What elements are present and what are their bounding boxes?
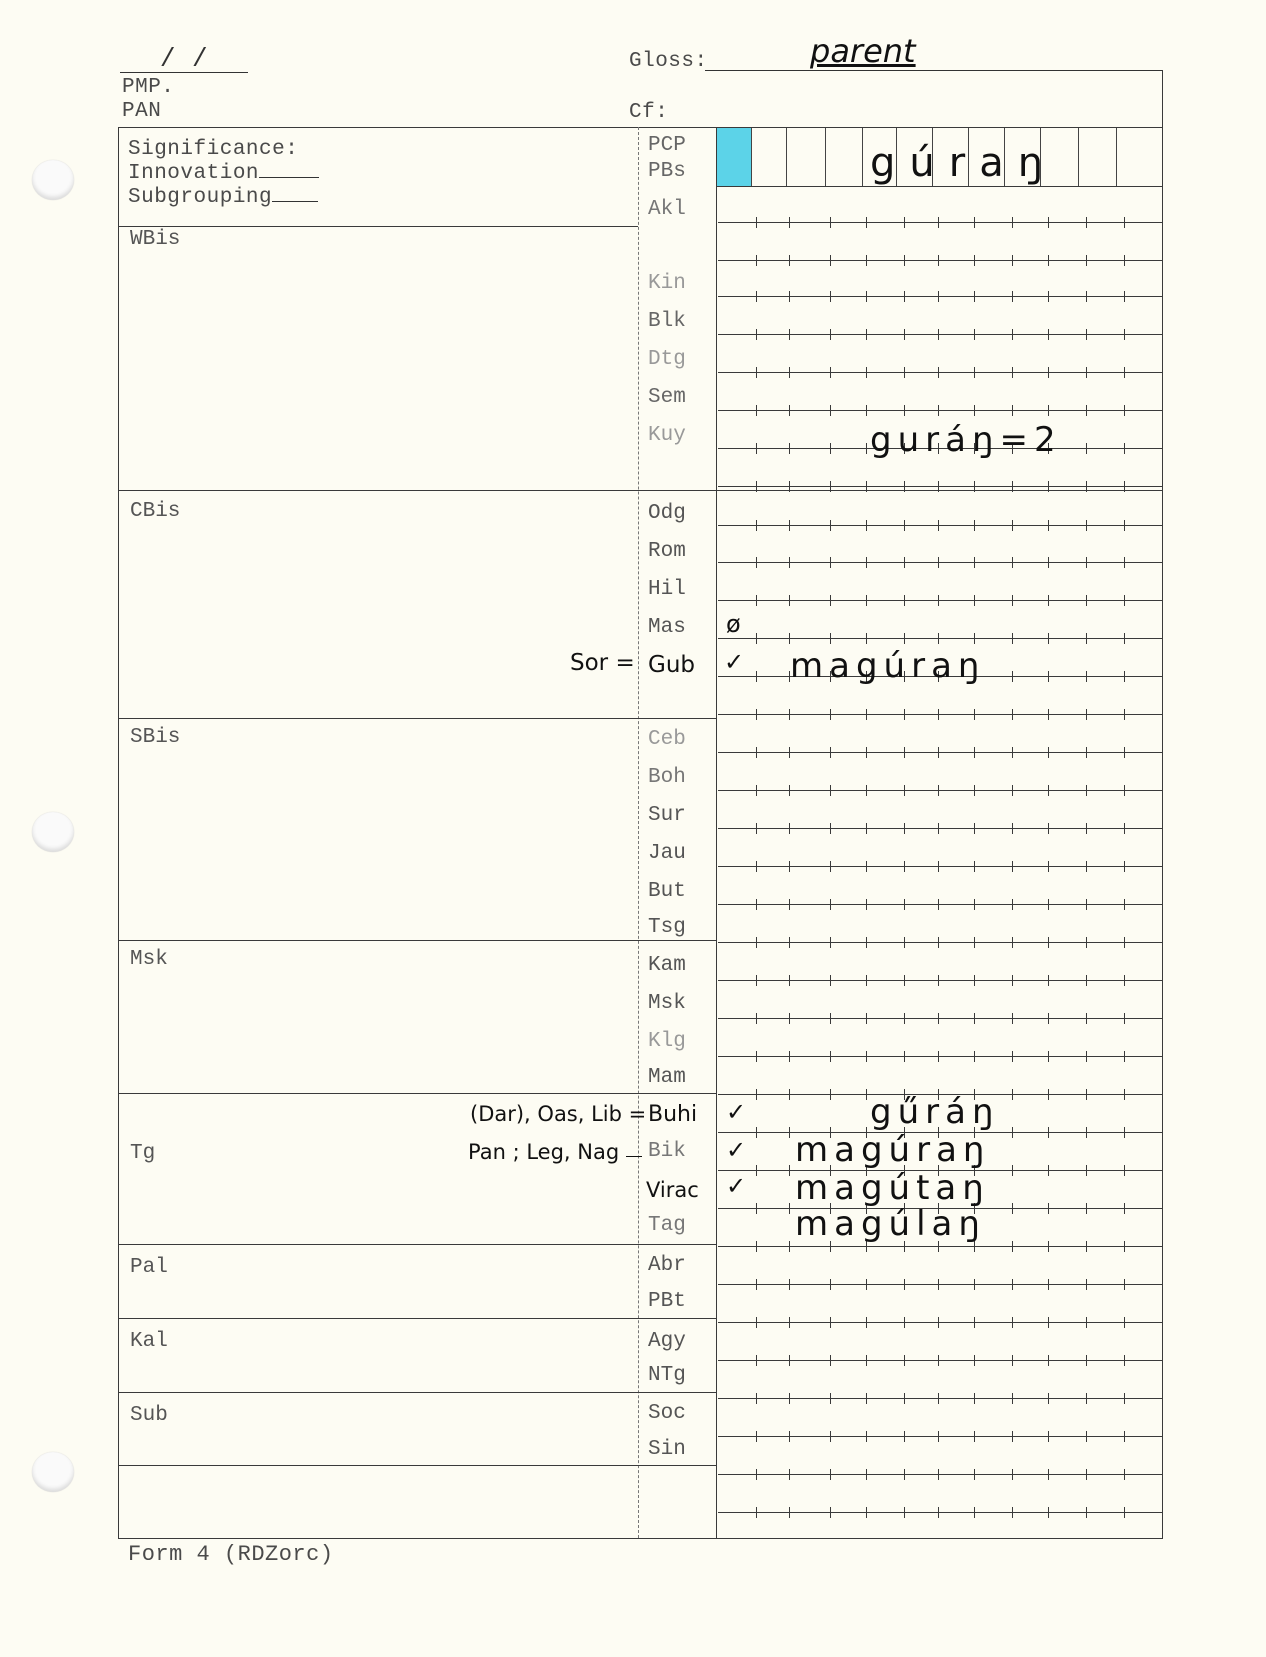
- lang-gub: Gub: [648, 652, 710, 678]
- row-tick: [789, 1089, 790, 1100]
- row-tick: [756, 975, 757, 986]
- row-tick: [974, 255, 975, 266]
- row-tick: [1048, 747, 1049, 758]
- row-tick: [1048, 1317, 1049, 1328]
- ruled-row: [718, 942, 1162, 943]
- row-tick: [866, 823, 867, 834]
- divider-cbis-sbis: [118, 718, 716, 719]
- row-tick: [1012, 861, 1013, 872]
- row-tick: [830, 633, 831, 644]
- row-tick: [789, 1355, 790, 1366]
- lang-pbs: PBs: [648, 160, 710, 183]
- row-tick: [1124, 1469, 1125, 1480]
- row-tick: [1086, 1469, 1087, 1480]
- innovation-text: Innovation: [128, 162, 259, 185]
- row-tick: [866, 975, 867, 986]
- row-tick: [866, 1089, 867, 1100]
- row-tick: [1048, 785, 1049, 796]
- row-tick: [756, 1507, 757, 1518]
- row-tick: [974, 1469, 975, 1480]
- row-tick: [1048, 1127, 1049, 1138]
- row-tick: [938, 217, 939, 228]
- row-tick: [866, 1051, 867, 1062]
- lang-rom: Rom: [648, 540, 710, 563]
- mark-gub: ✓: [724, 648, 744, 676]
- row-tick: [1048, 1355, 1049, 1366]
- frame-right: [1162, 70, 1163, 1538]
- row-tick: [789, 937, 790, 948]
- proto-cell-divider: [786, 128, 787, 186]
- row-tick: [756, 633, 757, 644]
- row-tick: [974, 1431, 975, 1442]
- row-tick: [1124, 255, 1125, 266]
- row-tick: [866, 443, 867, 454]
- lang-virac: Virac: [646, 1178, 708, 1202]
- row-tick: [789, 405, 790, 416]
- mark-mas: ø: [726, 610, 741, 638]
- row-tick: [904, 975, 905, 986]
- row-tick: [1086, 709, 1087, 720]
- row-tick: [1048, 709, 1049, 720]
- row-tick: [789, 520, 790, 531]
- row-tick: [1012, 823, 1013, 834]
- row-tick: [904, 557, 905, 568]
- row-tick: [1086, 785, 1087, 796]
- row-tick: [866, 520, 867, 531]
- row-tick: [1124, 520, 1125, 531]
- row-tick: [830, 367, 831, 378]
- row-tick: [904, 255, 905, 266]
- row-tick: [830, 861, 831, 872]
- row-tick: [1012, 557, 1013, 568]
- row-tick: [1012, 1127, 1013, 1138]
- ruled-row: [718, 260, 1162, 261]
- row-tick: [904, 785, 905, 796]
- row-tick: [866, 1317, 867, 1328]
- row-tick: [1124, 1241, 1125, 1252]
- row-tick: [756, 481, 757, 492]
- row-tick: [904, 1431, 905, 1442]
- row-tick: [789, 1279, 790, 1290]
- row-tick: [974, 1317, 975, 1328]
- ruled-row: [718, 562, 1162, 563]
- row-tick: [1012, 1203, 1013, 1214]
- entry-tag[interactable]: magúlaŋ: [795, 1204, 986, 1244]
- row-tick: [974, 1393, 975, 1404]
- row-tick: [1086, 1317, 1087, 1328]
- row-tick: [904, 481, 905, 492]
- gloss-underline: [705, 70, 1163, 71]
- cf-label: Cf:: [629, 101, 668, 124]
- row-tick: [938, 1469, 939, 1480]
- ruled-row: [718, 790, 1162, 791]
- ruled-row: [718, 486, 1162, 487]
- proto-cell-divider: [751, 128, 752, 186]
- row-tick: [904, 1279, 905, 1290]
- row-tick: [1012, 291, 1013, 302]
- row-tick: [1124, 217, 1125, 228]
- divider-msk-tg: [118, 1093, 716, 1094]
- row-tick: [904, 747, 905, 758]
- row-tick: [789, 1165, 790, 1176]
- row-tick: [789, 823, 790, 834]
- row-tick: [1086, 1279, 1087, 1290]
- row-tick: [938, 899, 939, 910]
- row-tick: [1124, 633, 1125, 644]
- row-tick: [904, 405, 905, 416]
- lang-sem: Sem: [648, 386, 710, 409]
- row-tick: [904, 1051, 905, 1062]
- entry-gub[interactable]: magúraŋ: [790, 646, 985, 686]
- row-tick: [1048, 823, 1049, 834]
- row-tick: [756, 443, 757, 454]
- lang-mas: Mas: [648, 616, 710, 639]
- row-tick: [938, 709, 939, 720]
- row-tick: [789, 443, 790, 454]
- row-tick: [830, 899, 831, 910]
- row-tick: [904, 937, 905, 948]
- row-tick: [904, 709, 905, 720]
- row-tick: [1124, 595, 1125, 606]
- row-tick: [1124, 1431, 1125, 1442]
- row-tick: [974, 329, 975, 340]
- row-tick: [1086, 633, 1087, 644]
- ruled-row: [718, 866, 1162, 867]
- row-tick: [1124, 443, 1125, 454]
- row-tick: [789, 975, 790, 986]
- row-tick: [1124, 861, 1125, 872]
- row-tick: [830, 329, 831, 340]
- row-tick: [1086, 557, 1087, 568]
- row-tick: [866, 1431, 867, 1442]
- row-tick: [1086, 1089, 1087, 1100]
- date-field[interactable]: / /: [120, 44, 248, 73]
- row-tick: [938, 405, 939, 416]
- row-tick: [1048, 291, 1049, 302]
- innovation-blank[interactable]: [259, 177, 319, 178]
- row-tick: [1012, 747, 1013, 758]
- row-tick: [1012, 709, 1013, 720]
- row-tick: [904, 329, 905, 340]
- row-tick: [1012, 520, 1013, 531]
- row-tick: [1048, 861, 1049, 872]
- row-tick: [866, 595, 867, 606]
- ruled-row: [718, 525, 1162, 526]
- row-tick: [938, 557, 939, 568]
- entry-bik[interactable]: magúraŋ: [795, 1130, 990, 1170]
- row-tick: [756, 1013, 757, 1024]
- entry-virac[interactable]: magútaŋ: [795, 1168, 990, 1208]
- mark-bik: ✓: [726, 1136, 746, 1164]
- pmp-label: PMP.: [122, 76, 174, 99]
- row-tick: [756, 291, 757, 302]
- row-tick: [789, 899, 790, 910]
- row-tick: [830, 1051, 831, 1062]
- row-tick: [789, 595, 790, 606]
- row-tick: [830, 1279, 831, 1290]
- row-tick: [938, 520, 939, 531]
- ruled-row: [718, 638, 1162, 639]
- ruled-row: [718, 1360, 1162, 1361]
- row-tick: [789, 1051, 790, 1062]
- row-tick: [974, 975, 975, 986]
- row-tick: [1012, 1241, 1013, 1252]
- row-tick: [830, 747, 831, 758]
- row-tick: [1048, 1165, 1049, 1176]
- row-tick: [756, 747, 757, 758]
- row-tick: [1086, 367, 1087, 378]
- row-tick: [756, 1469, 757, 1480]
- row-tick: [974, 595, 975, 606]
- row-tick: [789, 1203, 790, 1214]
- section-kal: Kal: [130, 1330, 168, 1353]
- row-tick: [756, 1127, 757, 1138]
- row-tick: [830, 709, 831, 720]
- proto-cell-divider: [1116, 128, 1117, 186]
- row-tick: [974, 405, 975, 416]
- lang-column-left: [638, 127, 639, 1538]
- proto-cell-divider: [1078, 128, 1079, 186]
- row-tick: [830, 405, 831, 416]
- row-tick: [866, 557, 867, 568]
- row-tick: [789, 1317, 790, 1328]
- lang-jau: Jau: [648, 842, 710, 865]
- row-tick: [830, 557, 831, 568]
- row-tick: [1012, 595, 1013, 606]
- row-tick: [1048, 1507, 1049, 1518]
- row-tick: [938, 255, 939, 266]
- row-tick: [789, 255, 790, 266]
- row-tick: [866, 937, 867, 948]
- row-tick: [866, 785, 867, 796]
- lang-msk: Msk: [648, 992, 710, 1015]
- row-tick: [1124, 1279, 1125, 1290]
- row-tick: [904, 367, 905, 378]
- row-tick: [974, 520, 975, 531]
- row-tick: [756, 1393, 757, 1404]
- row-tick: [789, 1241, 790, 1252]
- row-tick: [1048, 329, 1049, 340]
- row-tick: [938, 1393, 939, 1404]
- row-tick: [938, 1355, 939, 1366]
- row-tick: [1086, 975, 1087, 986]
- row-tick: [866, 1507, 867, 1518]
- lang-sur: Sur: [648, 804, 710, 827]
- row-tick: [756, 823, 757, 834]
- row-tick: [1048, 557, 1049, 568]
- row-tick: [974, 291, 975, 302]
- entry-kuy[interactable]: guráŋ=2: [870, 420, 1062, 460]
- section-pal: Pal: [130, 1256, 168, 1279]
- row-tick: [904, 595, 905, 606]
- row-tick: [1012, 1317, 1013, 1328]
- subgrouping-blank[interactable]: [272, 201, 318, 202]
- row-tick: [974, 861, 975, 872]
- row-tick: [1086, 443, 1087, 454]
- section-wbis: WBis: [130, 228, 180, 251]
- row-tick: [789, 1127, 790, 1138]
- row-tick: [1048, 1279, 1049, 1290]
- row-tick: [1012, 367, 1013, 378]
- row-tick: [789, 557, 790, 568]
- ruled-row: [718, 1018, 1162, 1019]
- row-tick: [1124, 975, 1125, 986]
- row-tick: [904, 291, 905, 302]
- gloss-value[interactable]: parent: [810, 32, 916, 70]
- row-tick: [866, 367, 867, 378]
- pan-label: PAN: [122, 100, 161, 123]
- row-tick: [866, 709, 867, 720]
- row-tick: [1048, 1431, 1049, 1442]
- row-tick: [1012, 1507, 1013, 1518]
- row-tick: [830, 255, 831, 266]
- row-tick: [1086, 595, 1087, 606]
- row-tick: [1048, 1089, 1049, 1100]
- row-tick: [830, 1431, 831, 1442]
- row-tick: [789, 1393, 790, 1404]
- row-tick: [1086, 861, 1087, 872]
- row-tick: [1124, 899, 1125, 910]
- row-tick: [1048, 899, 1049, 910]
- row-tick: [1012, 785, 1013, 796]
- row-tick: [1012, 1165, 1013, 1176]
- row-tick: [756, 1317, 757, 1328]
- form-label: Form 4 (RDZorc): [128, 1542, 334, 1567]
- significance-title: Significance:: [128, 138, 298, 161]
- row-tick: [1048, 671, 1049, 682]
- row-tick: [866, 1393, 867, 1404]
- lang-agy: Agy: [648, 1330, 710, 1353]
- row-tick: [1086, 747, 1087, 758]
- lang-ntg: NTg: [648, 1364, 710, 1387]
- row-tick: [1124, 823, 1125, 834]
- row-tick: [1086, 291, 1087, 302]
- row-tick: [830, 1469, 831, 1480]
- row-tick: [1124, 405, 1125, 416]
- frame-left: [118, 127, 119, 1538]
- row-tick: [756, 1241, 757, 1252]
- row-tick: [938, 823, 939, 834]
- row-tick: [1048, 1051, 1049, 1062]
- row-tick: [789, 329, 790, 340]
- row-tick: [866, 291, 867, 302]
- row-tick: [1012, 975, 1013, 986]
- subgrouping-label: Subgrouping: [128, 186, 318, 209]
- row-tick: [756, 557, 757, 568]
- row-tick: [1012, 1051, 1013, 1062]
- row-tick: [1124, 747, 1125, 758]
- divider-kal-sub: [118, 1392, 716, 1393]
- row-tick: [1086, 217, 1087, 228]
- proto-form[interactable]: gúraŋ: [870, 140, 1057, 186]
- section-sbis: SBis: [130, 726, 180, 749]
- row-tick: [904, 1507, 905, 1518]
- row-tick: [904, 1469, 905, 1480]
- row-tick: [789, 785, 790, 796]
- row-tick: [974, 1013, 975, 1024]
- lang-soc: Soc: [648, 1402, 710, 1425]
- entry-buhi[interactable]: gűráŋ: [870, 1092, 1000, 1132]
- lang-pbt: PBt: [648, 1290, 710, 1313]
- lang-boh: Boh: [648, 766, 710, 789]
- lang-kuy: Kuy: [648, 424, 710, 447]
- row-tick: [756, 671, 757, 682]
- row-tick: [1124, 367, 1125, 378]
- divider-wbis-cbis: [118, 490, 1163, 491]
- proto-cell-divider: [825, 128, 826, 186]
- row-tick: [756, 367, 757, 378]
- row-tick: [866, 255, 867, 266]
- section-tg: Tg: [130, 1142, 155, 1165]
- row-tick: [866, 861, 867, 872]
- proto-cells-bottom: [716, 186, 1162, 187]
- row-tick: [756, 709, 757, 720]
- ruled-row: [718, 980, 1162, 981]
- row-tick: [756, 1431, 757, 1442]
- row-tick: [904, 1013, 905, 1024]
- lang-dtg: Dtg: [648, 348, 710, 371]
- row-tick: [756, 1355, 757, 1366]
- row-tick: [756, 255, 757, 266]
- row-tick: [1012, 671, 1013, 682]
- gloss-label: Gloss:: [629, 50, 708, 73]
- lang-ceb: Ceb: [648, 728, 710, 751]
- row-tick: [789, 1507, 790, 1518]
- lang-abr: Abr: [648, 1254, 710, 1277]
- ruled-row: [718, 1436, 1162, 1437]
- row-tick: [904, 1317, 905, 1328]
- row-tick: [1048, 1469, 1049, 1480]
- row-tick: [1048, 520, 1049, 531]
- row-tick: [1086, 671, 1087, 682]
- row-tick: [1124, 1089, 1125, 1100]
- row-tick: [756, 1165, 757, 1176]
- divider-sbis-msk: [118, 940, 716, 941]
- row-tick: [830, 1013, 831, 1024]
- ruled-row: [718, 1512, 1162, 1513]
- row-tick: [974, 633, 975, 644]
- row-tick: [866, 747, 867, 758]
- row-tick: [1012, 1355, 1013, 1366]
- row-tick: [974, 785, 975, 796]
- row-tick: [1124, 937, 1125, 948]
- row-tick: [938, 785, 939, 796]
- row-tick: [938, 329, 939, 340]
- frame-bottom: [118, 1538, 1163, 1539]
- row-tick: [789, 367, 790, 378]
- row-tick: [830, 823, 831, 834]
- row-tick: [974, 367, 975, 378]
- row-tick: [974, 1051, 975, 1062]
- row-tick: [1124, 481, 1125, 492]
- row-tick: [830, 520, 831, 531]
- row-tick: [1048, 405, 1049, 416]
- row-tick: [1048, 937, 1049, 948]
- row-tick: [830, 291, 831, 302]
- lang-pcp: PCP: [648, 134, 710, 157]
- row-tick: [830, 975, 831, 986]
- row-tick: [904, 861, 905, 872]
- lang-bik: Bik: [648, 1140, 710, 1163]
- row-tick: [1124, 785, 1125, 796]
- row-tick: [756, 861, 757, 872]
- row-tick: [1086, 937, 1087, 948]
- lang-sin: Sin: [648, 1438, 710, 1461]
- row-tick: [1086, 1127, 1087, 1138]
- row-tick: [904, 899, 905, 910]
- row-tick: [866, 1355, 867, 1366]
- row-tick: [830, 1393, 831, 1404]
